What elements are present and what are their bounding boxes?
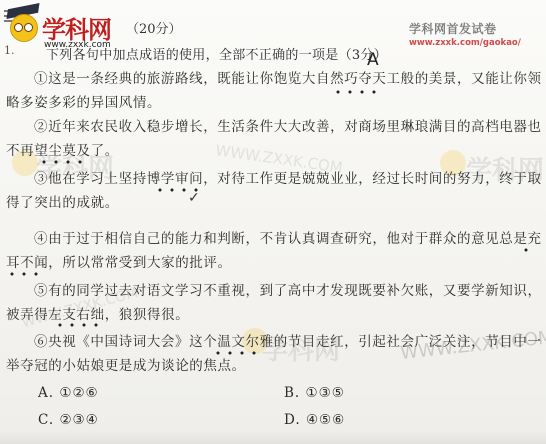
sentence-1-line-2: 略多姿多彩的异国风情。 bbox=[6, 94, 161, 112]
option-a-letter: A. bbox=[38, 385, 54, 401]
section-score: （20分） bbox=[126, 18, 182, 37]
sentence-5-line-1: ⑤有的同学过去对语文学习不重视，到了高中才发现既要补欠账，又要学新知识， bbox=[34, 282, 542, 300]
option-c-value: ②③④ bbox=[59, 412, 98, 428]
header-source: 学科网首发试卷 www.zxxk.com/gaokao/ bbox=[409, 20, 521, 48]
source-url: www.zxxk.com/gaokao/ bbox=[409, 38, 521, 48]
exam-page: 学科网 WWW.ZXXK.COM 学科网 WWW.ZXXK.COM 学科网 WW… bbox=[0, 0, 546, 444]
sentence-2-line-1: ②近年来农民收入稳步增长，生活条件大大改善，对商场里琳琅满目的高档电器也 bbox=[34, 118, 542, 136]
emphasis-dots bbox=[212, 351, 262, 355]
handwritten-answer: A bbox=[367, 50, 379, 70]
sentence-6-line-1: ⑥央视《中国诗词大会》这个温文尔雅的节目走红，引起社会广泛关注，节目中一 bbox=[34, 333, 542, 351]
sentence-6-line-2: 举夺冠的小姑娘更是成为谈论的焦点。 bbox=[6, 357, 246, 375]
emphasis-dots bbox=[520, 248, 532, 252]
sentence-5-line-2: 被弄得左支右绌，狼狈得很。 bbox=[6, 306, 189, 324]
sentence-4-line-1: ④由于过于相信自己的能力和判断，不肯认真调查研究，他对于群众的意见总是充 bbox=[34, 230, 542, 248]
source-title: 学科网首发试卷 bbox=[409, 20, 521, 37]
option-b[interactable]: B. ①③⑤ bbox=[284, 385, 345, 401]
option-b-value: ①③⑤ bbox=[306, 385, 345, 401]
option-d-letter: D. bbox=[284, 412, 301, 428]
checkmark-icon: ✓ bbox=[188, 190, 200, 206]
option-c[interactable]: C. ②③④ bbox=[38, 412, 99, 428]
question-number: 1. bbox=[4, 44, 15, 57]
mascot-icon bbox=[10, 14, 38, 42]
sentence-3-line-1: ③他在学习上坚持博学审问，对待工作更是兢兢业业，经过长时间的努力，终于取 bbox=[34, 170, 542, 188]
sentence-3-line-2: 得了突出的成就。 bbox=[6, 194, 119, 212]
sentence-1-line-1: ①这是一条经典的旅游路线，既能让你饱览大自然巧夺天工般的美景，又能让你领 bbox=[34, 70, 542, 88]
page-bottom-edge bbox=[0, 430, 546, 444]
question-stem: 下列各句中加点成语的使用，全部不正确的一项是（3分） bbox=[46, 47, 387, 65]
sentence-4-line-2: 耳不闻，所以常常受到大家的批评。 bbox=[6, 254, 232, 272]
option-a-value: ①②⑥ bbox=[59, 385, 98, 401]
emphasis-dots bbox=[332, 90, 380, 94]
sentence-2-line-2: 不再望尘莫及了。 bbox=[6, 142, 119, 160]
option-b-letter: B. bbox=[284, 385, 300, 401]
option-c-letter: C. bbox=[38, 412, 54, 428]
option-d[interactable]: D. ④⑤⑥ bbox=[284, 412, 345, 428]
emphasis-dots bbox=[38, 160, 88, 164]
option-d-value: ④⑤⑥ bbox=[306, 412, 345, 428]
option-a[interactable]: A. ①②⑥ bbox=[38, 385, 99, 401]
emphasis-dots bbox=[6, 272, 44, 276]
emphasis-dots bbox=[54, 323, 104, 327]
